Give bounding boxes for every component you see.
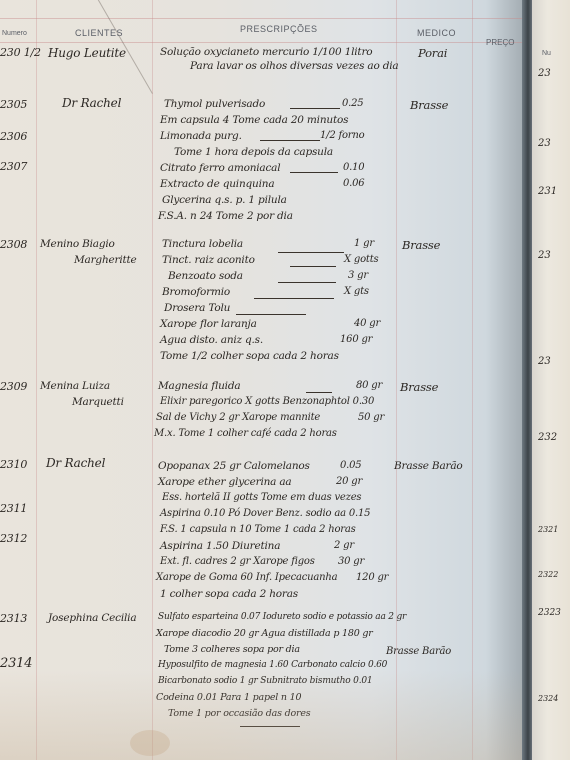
prescription-line: Citrato ferro amoniacal: [160, 162, 280, 174]
dash-rule: [254, 298, 334, 299]
prescription-line: Magnesia fluida: [158, 380, 240, 392]
prescription-line: Solução oxycianeto mercurio 1/100 1litro: [160, 46, 372, 58]
prescription-qty: 0.10: [343, 162, 364, 173]
prescription-qty: 1 gr: [354, 238, 374, 249]
prescription-line: Benzoato soda: [168, 270, 243, 282]
entry-client: Josephina Cecilia: [48, 612, 136, 624]
prescription-line: Xarope de Goma 60 Inf. Ipecacuanha: [156, 572, 337, 583]
prescription-line: Tinct. raiz aconito: [162, 254, 255, 266]
facing-page-edge: Nu 23 23 231 23 23 232 2321 2322 2323 23…: [532, 0, 570, 760]
prescription-qty: 0.25: [342, 98, 363, 109]
paper-stain: [130, 730, 170, 756]
entry-number: 2305: [0, 98, 27, 111]
entry-number: 2308: [0, 238, 27, 251]
prescription-line: Agua disto. aniz q.s.: [160, 334, 263, 346]
prescription-qty: X gts: [344, 286, 369, 297]
prescription-line: Thymol pulverisado: [164, 98, 265, 110]
entry-doctor: Porai: [418, 46, 447, 60]
dash-rule: [290, 266, 336, 267]
prescription-line: F.S. 1 capsula n 10 Tome 1 cada 2 horas: [160, 524, 356, 535]
ledger-page: Numero CLIENTES PRESCRIPÇÕES MEDICO PREÇ…: [0, 0, 528, 760]
prescription-line: Extracto de quinquina: [160, 178, 274, 190]
header-numero: Numero: [2, 30, 27, 37]
prescription-line: M.x. Tome 1 colher café cada 2 horas: [154, 428, 337, 439]
prescription-line: Glycerina q.s. p. 1 pilula: [162, 194, 287, 206]
entry-number: 2314: [0, 656, 32, 671]
prescription-line: Bromoformio: [162, 286, 230, 298]
facing-entry-number: 2322: [538, 570, 558, 579]
facing-entry-number: 23: [538, 138, 551, 149]
facing-header-numero: Nu: [542, 50, 551, 57]
facing-entry-number: 23: [538, 356, 551, 367]
prescription-qty: 0.05: [340, 460, 361, 471]
prescription-line: Drosera Tolu: [164, 302, 230, 314]
header-prescripcoes: PRESCRIPÇÕES: [240, 24, 318, 34]
column-rule-medico: [472, 0, 473, 760]
prescription-qty: 50 gr: [358, 412, 384, 423]
prescription-line: Tome 1/2 colher sopa cada 2 horas: [160, 350, 339, 362]
prescription-qty: 160 gr: [340, 334, 372, 345]
dash-rule: [260, 140, 320, 141]
header-medico: MEDICO: [417, 28, 456, 38]
prescription-qty: 80 gr: [356, 380, 382, 391]
facing-entry-number: 2323: [538, 608, 561, 618]
prescription-line: Xarope diacodio 20 gr Agua distillada p …: [156, 628, 373, 639]
entry-client: Menino Biagio: [40, 238, 115, 250]
column-rule-clientes: [152, 0, 153, 760]
entry-client: Hugo Leutite: [48, 46, 126, 60]
column-rule-numero: [36, 0, 37, 760]
dash-rule: [290, 172, 338, 173]
dash-rule: [290, 108, 340, 109]
prescription-line: Codeina 0.01 Para 1 papel n 10: [156, 692, 301, 703]
entry-number: 2310: [0, 458, 27, 471]
prescription-line: Bicarbonato sodio 1 gr Subnitrato bismut…: [158, 676, 372, 686]
entry-client-line2: Margheritte: [74, 254, 137, 266]
prescription-qty: 1/2 forno: [320, 130, 364, 141]
prescription-line: Tinctura lobelia: [162, 238, 243, 250]
entry-number: 2307: [0, 160, 27, 173]
entry-number: 2309: [0, 380, 27, 393]
entry-doctor: Brasse: [400, 380, 438, 394]
prescription-line: Opopanax 25 gr Calomelanos: [158, 460, 310, 472]
prescription-qty: 40 gr: [354, 318, 380, 329]
prescription-line: Ext. fl. cadres 2 gr Xarope figos: [160, 556, 315, 567]
facing-entry-number: 23: [538, 68, 551, 79]
header-rule-top: [0, 18, 528, 19]
prescription-qty: 20 gr: [336, 476, 362, 487]
prescription-qty: 0.06: [343, 178, 364, 189]
header-rule-bottom: [0, 42, 528, 43]
prescription-line: Para lavar os olhos diversas vezes ao di…: [190, 60, 398, 72]
prescription-line: Tome 3 colheres sopa por dia: [164, 644, 300, 655]
prescription-qty: 30 gr: [338, 556, 364, 567]
entry-number: 2313: [0, 612, 27, 625]
prescription-line: Xarope ether glycerina aa: [158, 476, 291, 488]
prescription-line: Sulfato esparteina 0.07 Iodureto sodio e…: [158, 612, 406, 622]
facing-entry-number: 231: [538, 186, 557, 197]
prescription-line: F.S.A. n 24 Tome 2 por dia: [158, 210, 293, 222]
prescription-line: Xarope flor laranja: [160, 318, 257, 330]
entry-client: Dr Rachel: [46, 456, 105, 470]
dash-rule: [236, 314, 306, 315]
prescription-line: Em capsula 4 Tome cada 20 minutos: [160, 114, 348, 126]
header-clientes: CLIENTES: [75, 28, 123, 38]
entry-client: Menina Luiza: [40, 380, 110, 392]
header-preco: PREÇO: [486, 38, 514, 47]
entry-number: 230 1/2: [0, 46, 41, 59]
entry-number: 2311: [0, 502, 27, 515]
entry-doctor: Brasse Barão: [394, 460, 463, 472]
entry-doctor: Brasse Barão: [386, 646, 451, 657]
entry-number: 2306: [0, 130, 27, 143]
entry-doctor: Brasse: [410, 98, 448, 112]
prescription-line: Tome 1 por occasião das dores: [168, 708, 310, 719]
prescription-qty: 2 gr: [334, 540, 354, 551]
entry-number: 2312: [0, 532, 27, 545]
entry-client: Dr Rachel: [62, 96, 121, 110]
prescription-line: Elixir paregorico X gotts Benzonaphtol 0…: [160, 396, 374, 407]
facing-entry-number: 23: [538, 250, 551, 261]
dash-rule: [240, 726, 300, 727]
facing-entry-number: 232: [538, 432, 557, 443]
facing-entry-number: 2324: [538, 694, 558, 703]
prescription-line: 1 colher sopa cada 2 horas: [160, 588, 298, 600]
prescription-line: Limonada purg.: [160, 130, 242, 142]
dash-rule: [306, 392, 332, 393]
prescription-line: Hyposulfito de magnesia 1.60 Carbonato c…: [158, 660, 387, 670]
dash-rule: [278, 282, 336, 283]
entry-doctor: Brasse: [402, 238, 440, 252]
prescription-qty: 3 gr: [348, 270, 368, 281]
prescription-qty: 120 gr: [356, 572, 388, 583]
prescription-qty: X gotts: [344, 254, 379, 265]
prescription-line: Tome 1 hora depois da capsula: [174, 146, 333, 158]
facing-entry-number: 2321: [538, 525, 558, 534]
prescription-line: Sal de Vichy 2 gr Xarope mannite: [156, 412, 320, 423]
prescription-line: Aspirina 1.50 Diuretina: [160, 540, 280, 552]
prescription-line: Aspirina 0.10 Pó Dover Benz. sodio aa 0.…: [160, 508, 370, 519]
prescription-line: Ess. hortelã II gotts Tome em duas vezes: [162, 492, 361, 503]
entry-client-line2: Marquetti: [72, 396, 124, 408]
dash-rule: [278, 252, 344, 253]
